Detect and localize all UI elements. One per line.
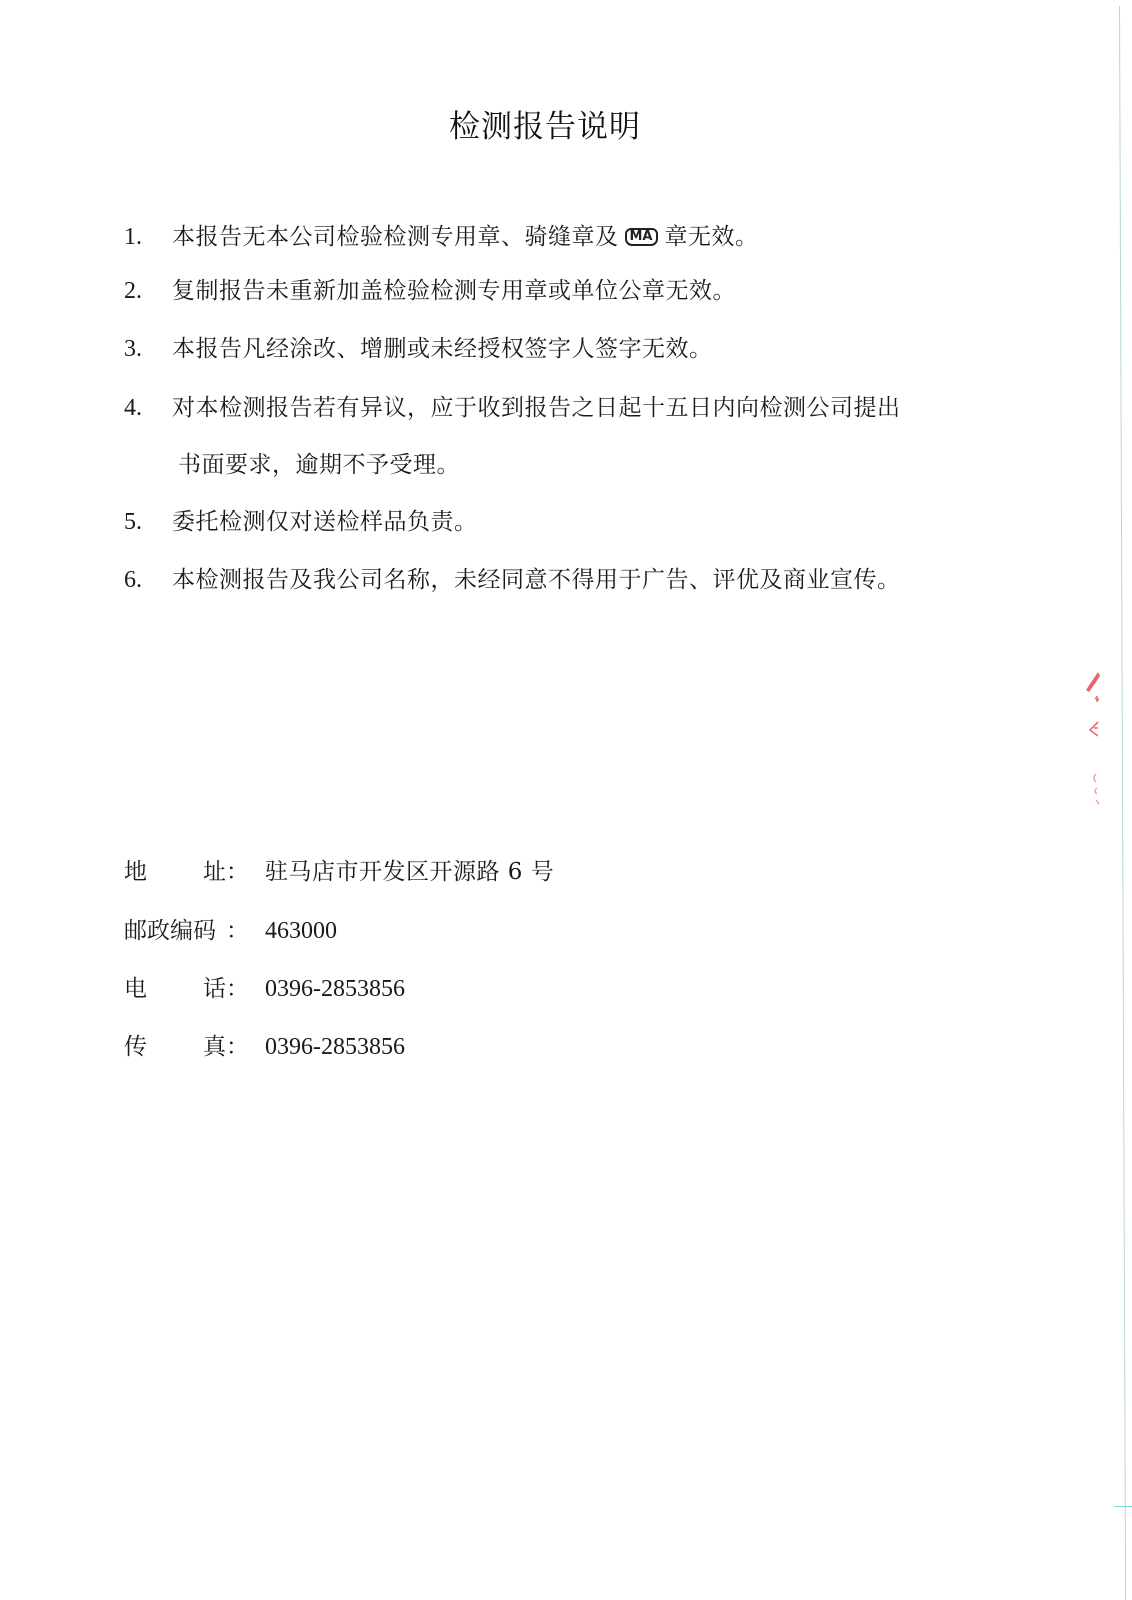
- label-colon: ：: [226, 854, 249, 890]
- cma-mark-icon: MA: [625, 228, 658, 246]
- label-char: 电: [124, 971, 147, 1007]
- item-text: 对本检测报告若有异议，应于收到报告之日起十五日内向检测公司提出: [172, 390, 901, 426]
- item-number: 2.: [124, 273, 164, 309]
- phone-value: 0396-2853856: [265, 971, 405, 1007]
- seam-seal-fragment-icon: [1076, 670, 1106, 820]
- item-text-before: 本报告无本公司检验检测专用章、骑缝章及: [172, 224, 619, 250]
- item-text-continuation: 书面要求，逾期不予受理。: [178, 447, 460, 483]
- label-char: 话: [203, 971, 226, 1007]
- item-text-after: 章无效。: [665, 224, 759, 250]
- label-colon: ：: [226, 913, 249, 949]
- label-char: 地: [124, 854, 147, 890]
- phone-label: 电 话: [124, 971, 226, 1007]
- page-title: 检测报告说明: [0, 104, 1090, 150]
- fax-value: 0396-2853856: [265, 1029, 405, 1065]
- item-text: 委托检测仅对送检样品负责。: [172, 504, 478, 540]
- item-number: 1.: [124, 219, 164, 255]
- postcode-label: 邮政编码: [124, 913, 234, 949]
- fax-label: 传 真: [124, 1029, 226, 1065]
- item-number: 5.: [124, 504, 164, 540]
- binding-edge-line: [1119, 6, 1126, 1600]
- item-text: 复制报告未重新加盖检验检测专用章或单位公章无效。: [172, 273, 736, 309]
- item-number: 3.: [124, 331, 164, 367]
- label-colon: ：: [226, 1029, 249, 1065]
- label-char: 传: [124, 1029, 147, 1065]
- item-text: 本检测报告及我公司名称，未经同意不得用于广告、评优及商业宣传。: [172, 562, 901, 598]
- address-label: 地 址: [124, 854, 226, 890]
- item-text: 本报告凡经涂改、增删或未经授权签字人签字无效。: [172, 331, 713, 367]
- address-value: 驻马店市开发区开源路 6 号: [265, 854, 554, 890]
- item-text: 本报告无本公司检验检测专用章、骑缝章及MA章无效。: [172, 219, 759, 255]
- binding-edge-tick: [1114, 1506, 1132, 1507]
- item-number: 4.: [124, 390, 164, 426]
- label-char: 真: [203, 1029, 226, 1065]
- postcode-value: 463000: [265, 913, 337, 949]
- document-page: 检测报告说明 1. 本报告无本公司检验检测专用章、骑缝章及MA章无效。 2. 复…: [0, 0, 1132, 1600]
- item-number: 6.: [124, 562, 164, 598]
- label-colon: ：: [226, 971, 249, 1007]
- label-char: 址: [203, 854, 226, 890]
